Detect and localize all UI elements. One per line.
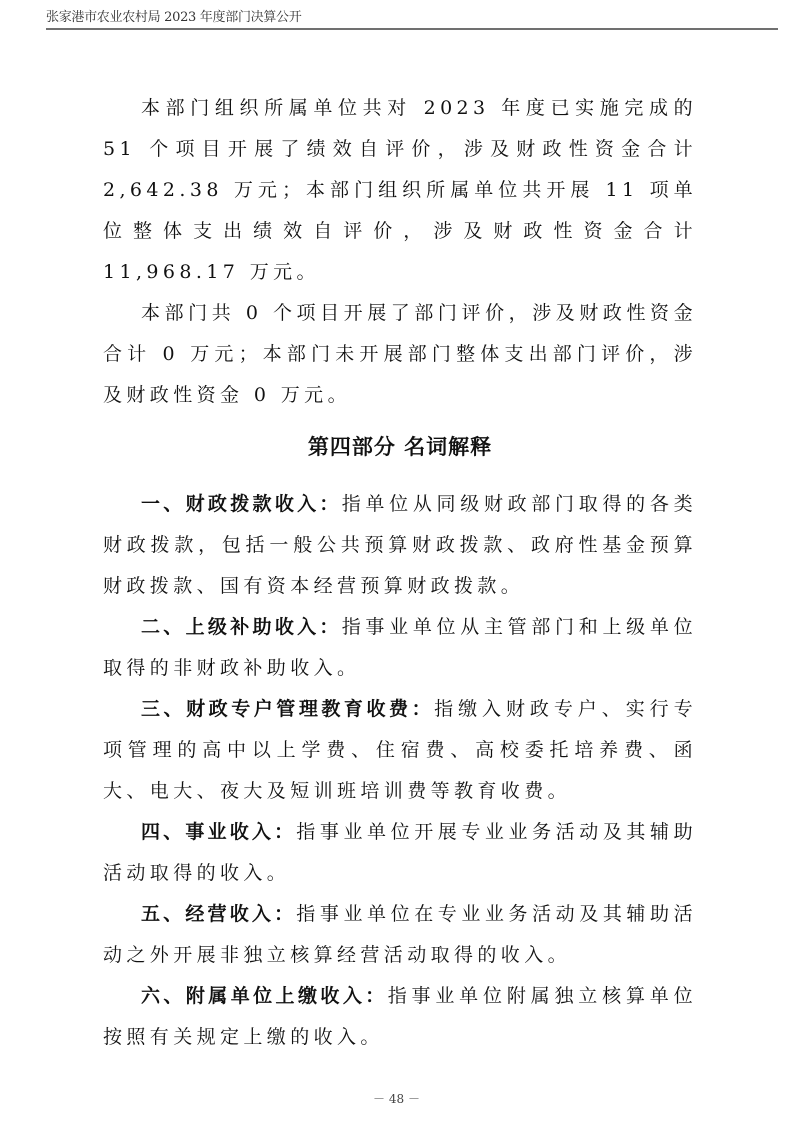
page-number: － 48 － xyxy=(373,1092,420,1106)
page-footer: － 48 － xyxy=(0,1090,793,1107)
definition-item: 五、经营收入：指事业单位在专业业务活动及其辅助活动之外开展非独立核算经营活动取得… xyxy=(103,894,697,976)
definition-term: 四、事业收入： xyxy=(141,821,296,843)
department-evaluation-paragraph: 本部门共 0 个项目开展了部门评价，涉及财政性资金合计 0 万元；本部门未开展部… xyxy=(103,293,697,416)
performance-evaluation-paragraph: 本部门组织所属单位共对 2023 年度已实施完成的 51 个项目开展了绩效自评价… xyxy=(103,88,697,293)
definition-item: 六、附属单位上缴收入：指事业单位附属独立核算单位按照有关规定上缴的收入。 xyxy=(103,976,697,1058)
definition-term: 五、经营收入： xyxy=(141,903,296,925)
definition-item: 二、上级补助收入：指事业单位从主管部门和上级单位取得的非财政补助收入。 xyxy=(103,607,697,689)
definition-item: 一、财政拨款收入：指单位从同级财政部门取得的各类财政拨款，包括一般公共预算财政拨… xyxy=(103,484,697,607)
definition-term: 六、附属单位上缴收入： xyxy=(141,985,388,1007)
section-title: 第四部分 名词解释 xyxy=(103,421,697,473)
document-body: 本部门组织所属单位共对 2023 年度已实施完成的 51 个项目开展了绩效自评价… xyxy=(103,88,697,1058)
page-header: 张家港市农业农村局 2023 年度部门决算公开 xyxy=(46,10,778,30)
definition-term: 一、财政拨款收入： xyxy=(141,493,342,515)
definition-term: 三、财政专户管理教育收费： xyxy=(141,698,434,720)
definition-item: 三、财政专户管理教育收费：指缴入财政专户、实行专项管理的高中以上学费、住宿费、高… xyxy=(103,689,697,812)
header-title: 张家港市农业农村局 2023 年度部门决算公开 xyxy=(46,10,301,25)
definition-term: 二、上级补助收入： xyxy=(141,616,342,638)
definition-item: 四、事业收入：指事业单位开展专业业务活动及其辅助活动取得的收入。 xyxy=(103,812,697,894)
